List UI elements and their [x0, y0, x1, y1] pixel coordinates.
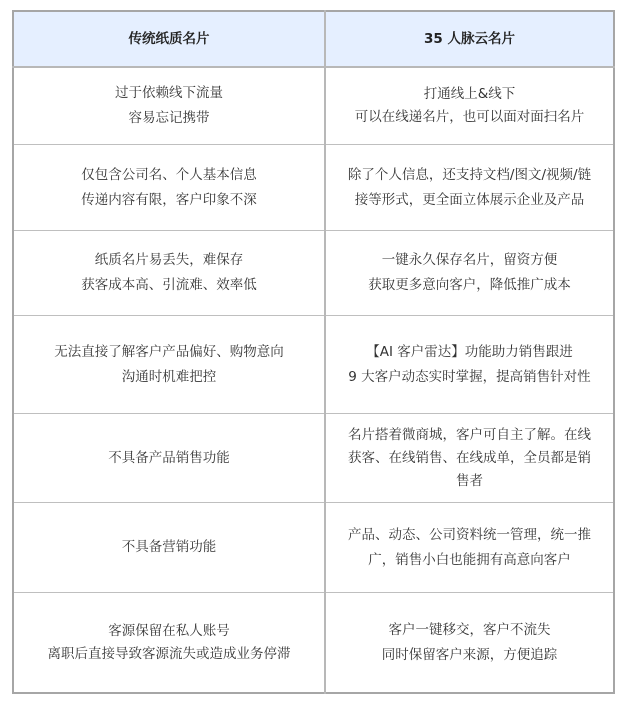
cell-traditional: 仅包含公司名、个人基本信息 传递内容有限，客户印象不深 [13, 145, 325, 231]
cell-cloud: 客户一键移交，客户不流失 同时保留客户来源，方便追踪 [325, 593, 614, 694]
cell-text: 获取更多意向客户，降低推广成本 [332, 273, 607, 298]
table-row: 无法直接了解客户产品偏好、购物意向 沟通时机难把控 【AI 客户雷达】功能助力销… [13, 316, 614, 414]
table-row: 过于依赖线下流量 容易忘记携带 打通线上&线下 可以在线递名片，也可以面对面扫名… [13, 67, 614, 145]
cell-text: 沟通时机难把控 [20, 365, 318, 390]
cell-text: 过于依赖线下流量 [20, 81, 318, 106]
comparison-table: 传统纸质名片 35 人脉云名片 过于依赖线下流量 容易忘记携带 打通线上&线下 … [12, 10, 615, 694]
header-row: 传统纸质名片 35 人脉云名片 [13, 11, 614, 67]
table-row: 不具备产品销售功能 名片搭着微商城，客户可自主了解。在线 获客、在线销售、在线成… [13, 414, 614, 503]
cell-cloud: 打通线上&线下 可以在线递名片，也可以面对面扫名片 [325, 67, 614, 145]
cell-cloud: 【AI 客户雷达】功能助力销售跟进 9 大客户动态实时掌握，提高销售针对性 [325, 316, 614, 414]
cell-text: 【AI 客户雷达】功能助力销售跟进 [332, 340, 607, 365]
cell-text: 获客成本高、引流难、效率低 [20, 273, 318, 298]
cell-text: 产品、动态、公司资料统一管理，统一推 [332, 523, 607, 548]
cell-text: 离职后直接导致客源流失或造成业务停滞 [20, 643, 318, 666]
cell-cloud: 除了个人信息，还支持文档/图文/视频/链 接等形式，更全面立体展示企业及产品 [325, 145, 614, 231]
cell-text: 可以在线递名片，也可以面对面扫名片 [332, 106, 607, 129]
cell-traditional: 无法直接了解客户产品偏好、购物意向 沟通时机难把控 [13, 316, 325, 414]
cell-text: 客源保留在私人账号 [20, 620, 318, 643]
cell-text: 同时保留客户来源，方便追踪 [332, 643, 607, 668]
table-row: 纸质名片易丢失，难保存 获客成本高、引流难、效率低 一键永久保存名片，留资方便 … [13, 231, 614, 316]
cell-traditional: 纸质名片易丢失，难保存 获客成本高、引流难、效率低 [13, 231, 325, 316]
header-traditional-card: 传统纸质名片 [13, 11, 325, 67]
cell-text: 一键永久保存名片，留资方便 [332, 248, 607, 273]
cell-cloud: 一键永久保存名片，留资方便 获取更多意向客户，降低推广成本 [325, 231, 614, 316]
cell-traditional: 不具备产品销售功能 [13, 414, 325, 503]
cell-text: 9 大客户动态实时掌握，提高销售针对性 [332, 365, 607, 390]
cell-text: 获客、在线销售、在线成单，全员都是销 [332, 447, 607, 470]
cell-traditional: 客源保留在私人账号 离职后直接导致客源流失或造成业务停滞 [13, 593, 325, 694]
cell-traditional: 过于依赖线下流量 容易忘记携带 [13, 67, 325, 145]
cell-text: 不具备营销功能 [20, 535, 318, 560]
header-cloud-card: 35 人脉云名片 [325, 11, 614, 67]
cell-traditional: 不具备营销功能 [13, 503, 325, 593]
cell-text: 客户一键移交，客户不流失 [332, 618, 607, 643]
cell-text: 除了个人信息，还支持文档/图文/视频/链 [332, 163, 607, 188]
cell-text: 名片搭着微商城，客户可自主了解。在线 [332, 424, 607, 447]
cell-text: 打通线上&线下 [332, 83, 607, 106]
cell-text: 传递内容有限，客户印象不深 [20, 188, 318, 213]
cell-text: 容易忘记携带 [20, 106, 318, 131]
table-row: 仅包含公司名、个人基本信息 传递内容有限，客户印象不深 除了个人信息，还支持文档… [13, 145, 614, 231]
cell-text: 仅包含公司名、个人基本信息 [20, 163, 318, 188]
cell-text: 不具备产品销售功能 [20, 446, 318, 471]
cell-cloud: 产品、动态、公司资料统一管理，统一推 广，销售小白也能拥有高意向客户 [325, 503, 614, 593]
cell-text: 纸质名片易丢失，难保存 [20, 248, 318, 273]
cell-text: 广，销售小白也能拥有高意向客户 [332, 548, 607, 573]
table-row: 客源保留在私人账号 离职后直接导致客源流失或造成业务停滞 客户一键移交，客户不流… [13, 593, 614, 694]
cell-text: 售者 [332, 470, 607, 493]
cell-text: 无法直接了解客户产品偏好、购物意向 [20, 340, 318, 365]
cell-text: 接等形式，更全面立体展示企业及产品 [332, 188, 607, 213]
table-row: 不具备营销功能 产品、动态、公司资料统一管理，统一推 广，销售小白也能拥有高意向… [13, 503, 614, 593]
cell-cloud: 名片搭着微商城，客户可自主了解。在线 获客、在线销售、在线成单，全员都是销 售者 [325, 414, 614, 503]
